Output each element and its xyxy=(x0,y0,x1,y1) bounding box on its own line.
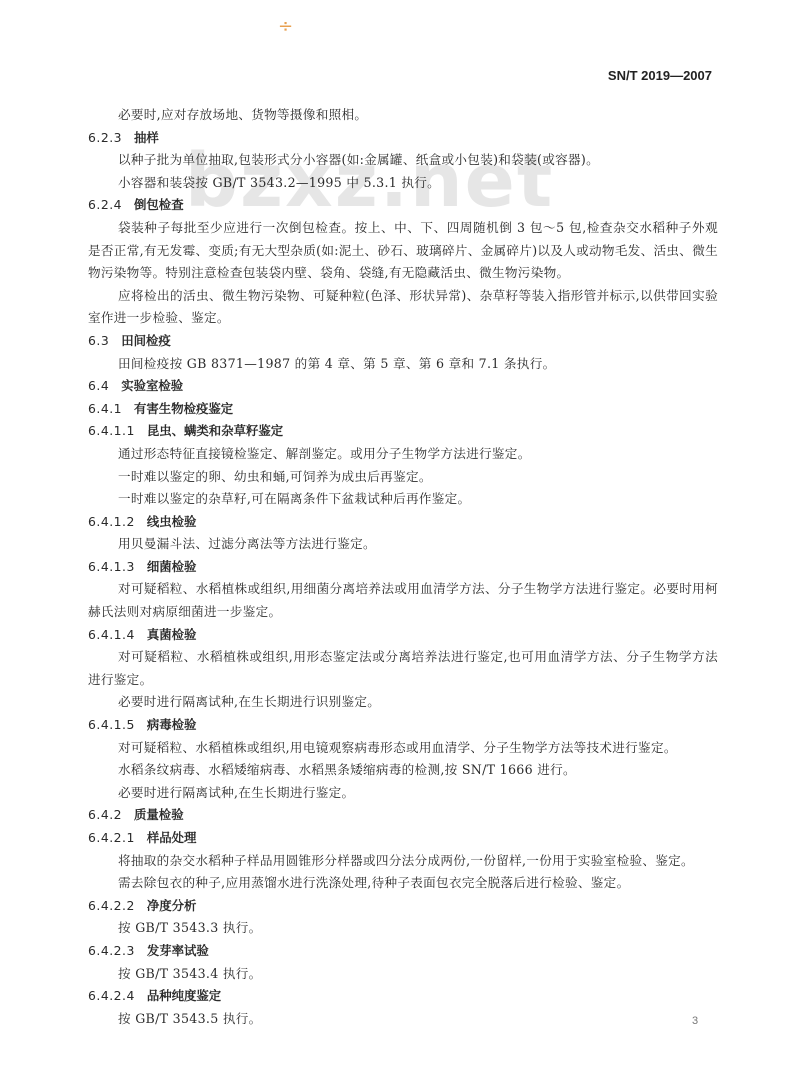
section-number: 6.4.2.4 xyxy=(88,985,135,1008)
section-number: 6.4.2.2 xyxy=(88,895,135,918)
section-number: 6.3 xyxy=(88,330,109,353)
paragraph: 对可疑稻粒、水稻植株或组织,用电镜观察病毒形态或用血清学、分子生物学方法等技术进… xyxy=(88,737,718,760)
paragraph: 用贝曼漏斗法、过滤分离法等方法进行鉴定。 xyxy=(88,533,718,556)
section-heading: 6.4.1.3细菌检验 xyxy=(88,556,718,579)
section-number: 6.4.2.1 xyxy=(88,827,135,850)
section-heading: 6.4实验室检验 xyxy=(88,375,718,398)
section-number: 6.4.1.4 xyxy=(88,624,135,647)
paragraph: 田间检疫按 GB 8371—1987 的第 4 章、第 5 章、第 6 章和 7… xyxy=(88,353,718,376)
section-title: 倒包检查 xyxy=(134,197,184,212)
section-heading: 6.4.1有害生物检疫鉴定 xyxy=(88,398,718,421)
section-title: 有害生物检疫鉴定 xyxy=(134,401,233,416)
section-heading: 6.4.1.1昆虫、螨类和杂草籽鉴定 xyxy=(88,420,718,443)
paragraph: 将抽取的杂交水稻种子样品用圆锥形分样器或四分法分成两份,一份留样,一份用于实验室… xyxy=(88,850,718,873)
paragraph: 一时难以鉴定的卵、幼虫和蛹,可饲养为成虫后再鉴定。 xyxy=(88,466,718,489)
section-title: 实验室检验 xyxy=(121,378,183,393)
section-title: 品种纯度鉴定 xyxy=(147,988,221,1003)
section-heading: 6.2.4倒包检查 xyxy=(88,194,718,217)
section-title: 净度分析 xyxy=(147,898,197,913)
section-heading: 6.3田间检疫 xyxy=(88,330,718,353)
paragraph: 按 GB/T 3543.5 执行。 xyxy=(88,1008,718,1031)
paragraph: 对可疑稻粒、水稻植株或组织,用形态鉴定法或分离培养法进行鉴定,也可用血清学方法、… xyxy=(88,646,718,691)
paragraph: 对可疑稻粒、水稻植株或组织,用细菌分离培养法或用血清学方法、分子生物学方法进行鉴… xyxy=(88,578,718,623)
section-number: 6.4.1.1 xyxy=(88,420,135,443)
section-title: 发芽率试验 xyxy=(147,943,209,958)
section-title: 昆虫、螨类和杂草籽鉴定 xyxy=(147,423,283,438)
section-heading: 6.4.2质量检验 xyxy=(88,804,718,827)
section-heading: 6.4.1.5病毒检验 xyxy=(88,714,718,737)
section-heading: 6.4.1.2线虫检验 xyxy=(88,511,718,534)
section-title: 细菌检验 xyxy=(147,559,197,574)
document-body: 必要时,应对存放场地、货物等摄像和照相。6.2.3抽样以种子批为单位抽取,包装形… xyxy=(88,104,718,1030)
section-title: 真菌检验 xyxy=(147,627,197,642)
section-number: 6.4.1 xyxy=(88,398,122,421)
paragraph: 必要时进行隔离试种,在生长期进行鉴定。 xyxy=(88,782,718,805)
paragraph: 以种子批为单位抽取,包装形式分小容器(如:金属罐、纸盒或小包装)和袋装(或容器)… xyxy=(88,149,718,172)
paragraph: 必要时,应对存放场地、货物等摄像和照相。 xyxy=(88,104,718,127)
section-heading: 6.4.2.3发芽率试验 xyxy=(88,940,718,963)
section-number: 6.4.1.5 xyxy=(88,714,135,737)
section-number: 6.4.1.2 xyxy=(88,511,135,534)
section-title: 田间检疫 xyxy=(121,333,171,348)
section-heading: 6.4.1.4真菌检验 xyxy=(88,624,718,647)
section-heading: 6.4.2.2净度分析 xyxy=(88,895,718,918)
paragraph: 一时难以鉴定的杂草籽,可在隔离条件下盆栽试种后再作鉴定。 xyxy=(88,488,718,511)
section-title: 病毒检验 xyxy=(147,717,197,732)
section-title: 质量检验 xyxy=(134,807,184,822)
section-number: 6.4 xyxy=(88,375,109,398)
section-title: 线虫检验 xyxy=(147,514,197,529)
section-title: 抽样 xyxy=(134,130,159,145)
paragraph: 应将检出的活虫、微生物污染物、可疑种粒(色泽、形状异常)、杂草籽等装入指形管并标… xyxy=(88,285,718,330)
paragraph: 通过形态特征直接镜检鉴定、解剖鉴定。或用分子生物学方法进行鉴定。 xyxy=(88,443,718,466)
section-number: 6.2.4 xyxy=(88,194,122,217)
standard-code: SN/T 2019—2007 xyxy=(608,68,712,83)
paragraph: 必要时进行隔离试种,在生长期进行识别鉴定。 xyxy=(88,691,718,714)
paragraph: 按 GB/T 3543.3 执行。 xyxy=(88,917,718,940)
section-number: 6.2.3 xyxy=(88,127,122,150)
section-number: 6.4.1.3 xyxy=(88,556,135,579)
paragraph: 按 GB/T 3543.4 执行。 xyxy=(88,963,718,986)
paragraph: 小容器和装袋按 GB/T 3543.2—1995 中 5.3.1 执行。 xyxy=(88,172,718,195)
paragraph: 需去除包衣的种子,应用蒸馏水进行洗涤处理,待种子表面包衣完全脱落后进行检验、鉴定… xyxy=(88,872,718,895)
decorative-mark-icon: ÷ xyxy=(278,16,293,37)
paragraph: 袋装种子每批至少应进行一次倒包检查。按上、中、下、四周随机倒 3 包～5 包,检… xyxy=(88,217,718,285)
section-number: 6.4.2.3 xyxy=(88,940,135,963)
section-number: 6.4.2 xyxy=(88,804,122,827)
section-title: 样品处理 xyxy=(147,830,197,845)
section-heading: 6.4.2.4品种纯度鉴定 xyxy=(88,985,718,1008)
paragraph: 水稻条纹病毒、水稻矮缩病毒、水稻黑条矮缩病毒的检测,按 SN/T 1666 进行… xyxy=(88,759,718,782)
section-heading: 6.2.3抽样 xyxy=(88,127,718,150)
section-heading: 6.4.2.1样品处理 xyxy=(88,827,718,850)
